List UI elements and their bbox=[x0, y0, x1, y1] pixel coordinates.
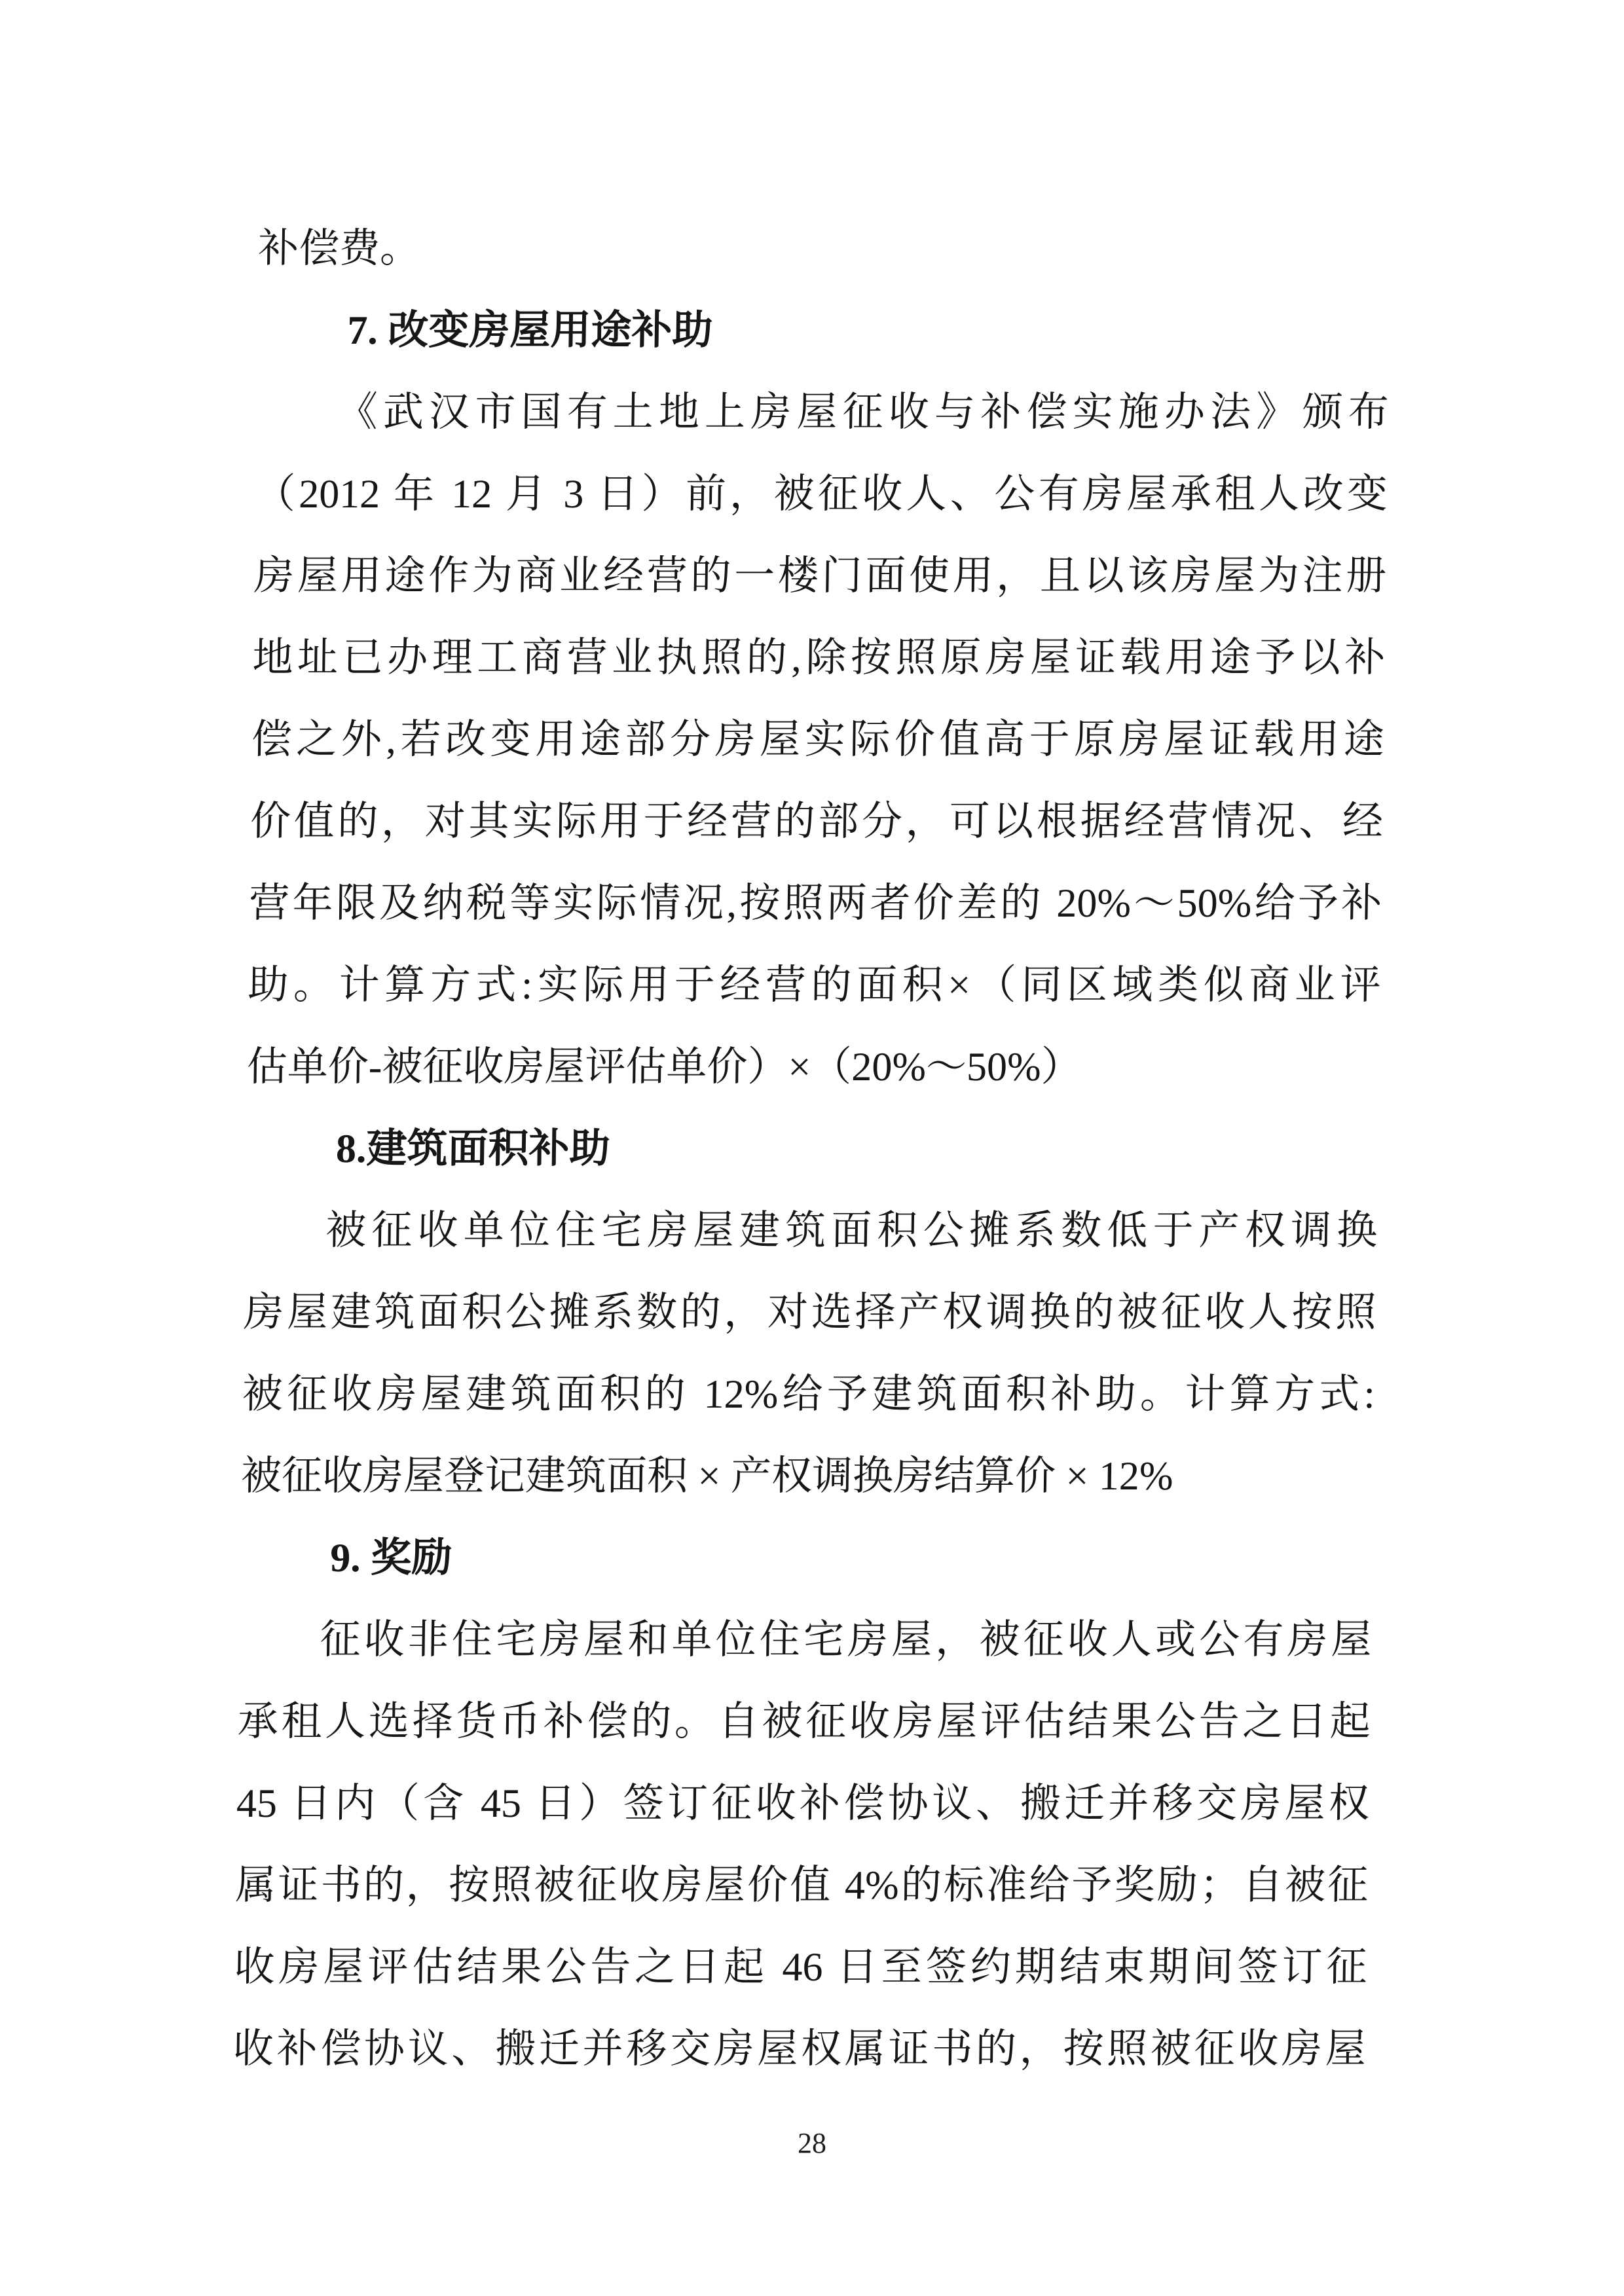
paragraph-7-line: 地址已办理工商营业执照的,除按照原房屋证载用途予以补 bbox=[252, 617, 1386, 699]
paragraph-9-line: 属证书的，按照被征收房屋价值 4%的标准给予奖励；自被征 bbox=[234, 1845, 1369, 1927]
paragraph-9-line: 收补偿协议、搬迁并移交房屋权属证书的，按照被征收房屋 bbox=[232, 2009, 1367, 2090]
text-block: 补偿费。 7. 改变房屋用途补助 《武汉市国有土地上房屋征收与补偿实施办法》颁布… bbox=[232, 208, 1392, 2090]
paragraph-9-line: 承租人选择货币补偿的。自被征收房屋评估结果公告之日起 bbox=[237, 1681, 1371, 1763]
heading-item-7: 7. 改变房屋用途补助 bbox=[257, 290, 1391, 372]
paragraph-8-line: 被征收单位住宅房屋建筑面积公摊系数低于产权调换 bbox=[244, 1190, 1378, 1272]
paragraph-continuation: 补偿费。 bbox=[257, 208, 1392, 290]
paragraph-7-line: 房屋用途作为商业经营的一楼门面使用，且以该房屋为注册 bbox=[253, 536, 1387, 617]
paragraph-7-line: 助。计算方式:实际用于经营的面积×（同区域类似商业评 bbox=[248, 945, 1382, 1027]
paragraph-8-line: 被征收房屋建筑面积的 12%给予建筑面积补助。计算方式: bbox=[242, 1354, 1376, 1436]
paragraph-7-line: 《武汉市国有土地上房屋征收与补偿实施办法》颁布 bbox=[255, 372, 1390, 454]
paragraph-7-line: 估单价-被征收房屋评估单价）×（20%～50%） bbox=[246, 1027, 1380, 1108]
paragraph-9-line: 征收非住宅房屋和单位住宅房屋，被征收人或公有房屋 bbox=[238, 1599, 1373, 1681]
paragraph-7-line: 价值的，对其实际用于经营的部分，可以根据经营情况、经 bbox=[249, 781, 1384, 863]
paragraph-9-line: 45 日内（含 45 日）签订征收补偿协议、搬迁并移交房屋权 bbox=[236, 1763, 1370, 1845]
document-page: 补偿费。 7. 改变房屋用途补助 《武汉市国有土地上房屋征收与补偿实施办法》颁布… bbox=[0, 0, 1624, 2296]
heading-item-9: 9. 奖励 bbox=[239, 1518, 1373, 1599]
paragraph-8-line: 被征收房屋登记建筑面积 × 产权调换房结算价 × 12% bbox=[240, 1436, 1375, 1518]
paragraph-7-line: 偿之外,若改变用途部分房屋实际价值高于原房屋证载用途 bbox=[251, 699, 1385, 781]
paragraph-9-line: 收房屋评估结果公告之日起 46 日至签约期结束期间签订征 bbox=[234, 1927, 1368, 2009]
paragraph-7-line: 营年限及纳税等实际情况,按照两者价差的 20%～50%给予补 bbox=[248, 863, 1382, 945]
page-number: 28 bbox=[0, 2126, 1624, 2160]
paragraph-7-line: （2012 年 12 月 3 日）前，被征收人、公有房屋承租人改变 bbox=[254, 454, 1388, 536]
paragraph-8-line: 房屋建筑面积公摊系数的，对选择产权调换的被征收人按照 bbox=[243, 1272, 1377, 1354]
heading-item-8: 8.建筑面积补助 bbox=[245, 1108, 1379, 1190]
